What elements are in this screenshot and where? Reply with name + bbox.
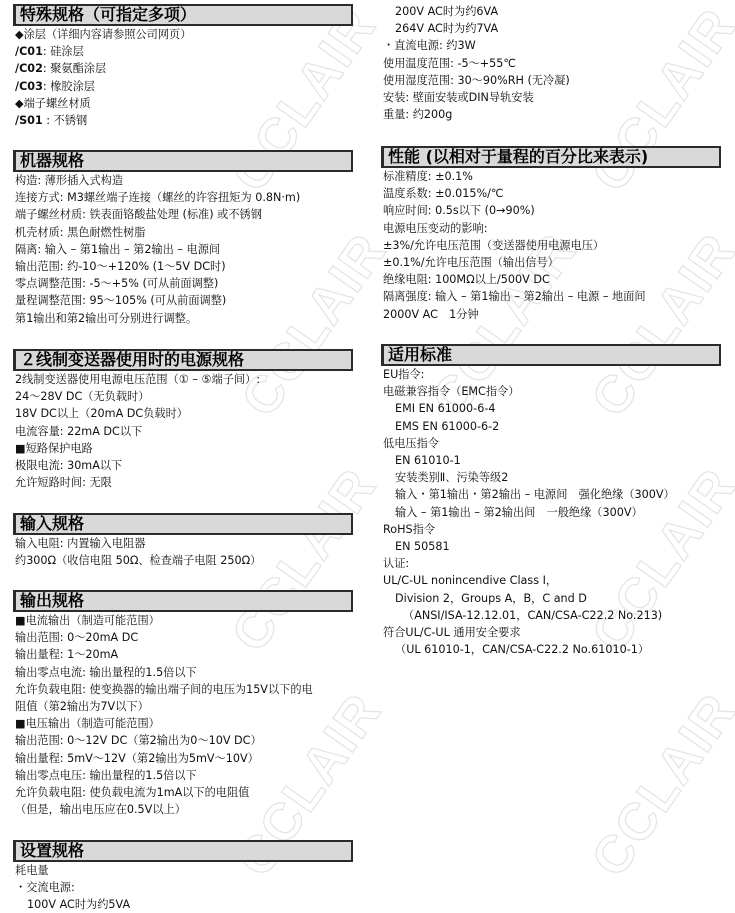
spec-line: 输入・第1输出・第2输出 – 电源间 强化绝缘（300V） bbox=[381, 486, 721, 503]
spec-line: 响应时间: 0.5s以下 (0→90%) bbox=[381, 202, 721, 219]
spec-line: 温度系数: ±0.015%/℃ bbox=[381, 185, 721, 202]
spec-line: （但是，输出电压应在0.5V以上） bbox=[13, 801, 353, 818]
spec-line: /C01: 硅涂层 bbox=[13, 43, 353, 60]
option-code: /C02 bbox=[15, 62, 43, 75]
spec-line: EU指令: bbox=[381, 366, 721, 383]
spec-line: ◆涂层（详细内容请参照公司网页） bbox=[13, 26, 353, 43]
spec-line: 允许负载电阻: 使负载电流为1mA以下的电阻值 bbox=[13, 784, 353, 801]
section-special-specs: 特殊规格（可指定多项） ◆涂层（详细内容请参照公司网页） /C01: 硅涂层 /… bbox=[13, 4, 353, 129]
spec-line: 隔离: 输入 – 第1输出 – 第2输出 – 电源间 bbox=[13, 241, 353, 258]
spec-line: 连接方式: M3螺丝端子连接（螺丝的许容扭矩为 0.8N·m) bbox=[13, 189, 353, 206]
spec-line: EMS EN 61000-6-2 bbox=[381, 418, 721, 435]
spec-line: 量程调整范围: 95～105% (可从前面调整) bbox=[13, 292, 353, 309]
spec-line: 零点调整范围: -5～+5% (可从前面调整) bbox=[13, 275, 353, 292]
option-desc: : 橡胶涂层 bbox=[43, 80, 95, 93]
spec-line: ◆端子螺丝材质 bbox=[13, 95, 353, 112]
spec-line: 18V DC以上（20mA DC负载时） bbox=[13, 405, 353, 422]
spec-line: 使用湿度范围: 30～90%RH (无冷凝) bbox=[381, 72, 721, 89]
spec-line: 输入电阻: 内置输入电阻器 bbox=[13, 535, 353, 552]
spec-line: ・交流电源: bbox=[13, 879, 353, 896]
spec-line: /S01 : 不锈钢 bbox=[13, 112, 353, 129]
spec-line: 264V AC时为约7VA bbox=[381, 20, 721, 37]
section-header: 输出规格 bbox=[13, 590, 353, 612]
section-header: 特殊规格（可指定多项） bbox=[13, 4, 353, 26]
spec-line: 绝缘电阻: 100MΩ以上/500V DC bbox=[381, 271, 721, 288]
spec-line: Division 2，Groups A，B，C and D bbox=[381, 590, 721, 607]
section-header: 性能 (以相对于量程的百分比来表示) bbox=[381, 146, 721, 168]
spec-line: （ANSI/ISA-12.12.01，CAN/CSA-C22.2 No.213) bbox=[381, 607, 721, 624]
option-code: /C03 bbox=[15, 80, 43, 93]
spec-line: 约300Ω（收信电阻 50Ω、检查端子电阻 250Ω） bbox=[13, 552, 353, 569]
spec-line: 低电压指令 bbox=[381, 435, 721, 452]
section-machine-specs: 机器规格 构造: 薄形插入式构造 连接方式: M3螺丝端子连接（螺丝的许容扭矩为… bbox=[13, 150, 353, 327]
spec-line: 100V AC时为约5VA bbox=[13, 896, 353, 913]
spec-line: EMI EN 61000-6-4 bbox=[381, 400, 721, 417]
spec-line: 允许负载电阻: 使变换器的输出端子间的电压为15V以下的电 bbox=[13, 681, 353, 698]
spec-line: 使用温度范围: -5～+55℃ bbox=[381, 55, 721, 72]
spec-line: /C03: 橡胶涂层 bbox=[13, 78, 353, 95]
spec-line: UL/C-UL nonincendive Class I， bbox=[381, 572, 721, 589]
spec-line: ±3%/允许电压范围（变送器使用电源电压） bbox=[381, 237, 721, 254]
section-header: 适用标准 bbox=[381, 344, 721, 366]
spec-line: 机壳材质: 黑色耐燃性树脂 bbox=[13, 224, 353, 241]
section-header: 设置规格 bbox=[13, 840, 353, 862]
spec-line: 隔离强度: 输入 – 第1输出 – 第2输出 – 电源 – 地面间 bbox=[381, 288, 721, 305]
spec-line: 第1输出和第2输出可分别进行调整。 bbox=[13, 310, 353, 327]
option-desc: : 不锈钢 bbox=[43, 114, 87, 127]
spec-line: 符合UL/C-UL 通用安全要求 bbox=[381, 624, 721, 641]
spec-line: 重量: 约200g bbox=[381, 106, 721, 123]
option-code: /C01 bbox=[15, 45, 43, 58]
option-desc: : 硅涂层 bbox=[43, 45, 84, 58]
section-output-specs: 输出规格 ■电流输出（制造可能范围） 输出范围: 0～20mA DC 输出量程:… bbox=[13, 590, 353, 818]
section-performance: 性能 (以相对于量程的百分比来表示) 标准精度: ±0.1% 温度系数: ±0.… bbox=[381, 146, 721, 323]
spec-line: ■电流输出（制造可能范围） bbox=[13, 612, 353, 629]
option-code: /S01 bbox=[15, 114, 43, 127]
option-desc: : 聚氨酯涂层 bbox=[43, 62, 106, 75]
spec-line: ■电压输出（制造可能范围） bbox=[13, 715, 353, 732]
spec-line: 输出范围: 约-10～+120% (1～5V DC时) bbox=[13, 258, 353, 275]
spec-line: 构造: 薄形插入式构造 bbox=[13, 172, 353, 189]
section-install-specs: 设置规格 耗电量 ・交流电源: 100V AC时为约5VA bbox=[13, 840, 353, 913]
spec-line: 电源电压变动的影响: bbox=[381, 220, 721, 237]
spec-line: 输出零点电压: 输出量程的1.5倍以下 bbox=[13, 767, 353, 784]
section-header: 机器规格 bbox=[13, 150, 353, 172]
spec-line: ・直流电源: 约3W bbox=[381, 37, 721, 54]
section-applicable-standards: 适用标准 EU指令: 电磁兼容指令（EMC指令） EMI EN 61000-6-… bbox=[381, 344, 721, 658]
spec-line: 阻值（第2输出为7V以下） bbox=[13, 698, 353, 715]
spec-line: 输出量程: 5mV～12V（第2输出为5mV～10V） bbox=[13, 750, 353, 767]
spec-line: 耗电量 bbox=[13, 862, 353, 879]
section-two-wire-power: ２线制变送器使用时的电源规格 2线制变送器使用电源电压范围（① – ⑤端子间）:… bbox=[13, 349, 353, 491]
spec-line: /C02: 聚氨酯涂层 bbox=[13, 60, 353, 77]
spec-line: 输出量程: 1～20mA bbox=[13, 646, 353, 663]
spec-line: 输出范围: 0～20mA DC bbox=[13, 629, 353, 646]
section-install-specs-continued: 200V AC时为约6VA 264V AC时为约7VA ・直流电源: 约3W 使… bbox=[381, 3, 721, 123]
spec-line: 安装类别Ⅱ、污染等级2 bbox=[381, 469, 721, 486]
spec-line: 安装: 壁面安装或DIN导轨安装 bbox=[381, 89, 721, 106]
section-header: ２线制变送器使用时的电源规格 bbox=[13, 349, 353, 371]
section-input-specs: 输入规格 输入电阻: 内置输入电阻器 约300Ω（收信电阻 50Ω、检查端子电阻… bbox=[13, 513, 353, 569]
spec-line: 输出范围: 0～12V DC（第2输出为0～10V DC） bbox=[13, 732, 353, 749]
spec-line: 认证: bbox=[381, 555, 721, 572]
spec-line: 标准精度: ±0.1% bbox=[381, 168, 721, 185]
spec-line: 允许短路时间: 无限 bbox=[13, 474, 353, 491]
spec-line: ■短路保护电路 bbox=[13, 440, 353, 457]
spec-line: 2线制变送器使用电源电压范围（① – ⑤端子间）: bbox=[13, 371, 353, 388]
spec-line: 极限电流: 30mA以下 bbox=[13, 457, 353, 474]
spec-line: 输出零点电流: 输出量程的1.5倍以下 bbox=[13, 664, 353, 681]
spec-line: （UL 61010-1，CAN/CSA-C22.2 No.61010-1） bbox=[381, 641, 721, 658]
spec-line: 200V AC时为约6VA bbox=[381, 3, 721, 20]
watermark-text: CCLAIR bbox=[580, 682, 735, 887]
spec-line: 端子螺丝材质: 铁表面铬酸盐处理 (标准) 或不锈钢 bbox=[13, 206, 353, 223]
spec-line: EN 61010-1 bbox=[381, 452, 721, 469]
spec-line: EN 50581 bbox=[381, 538, 721, 555]
spec-line: ±0.1%/允许电压范围（输出信号） bbox=[381, 254, 721, 271]
spec-line: 电磁兼容指令（EMC指令） bbox=[381, 383, 721, 400]
spec-line: 电流容量: 22mA DC以下 bbox=[13, 423, 353, 440]
spec-line: RoHS指令 bbox=[381, 521, 721, 538]
spec-line: 24～28V DC（无负载时） bbox=[13, 388, 353, 405]
section-header: 输入规格 bbox=[13, 513, 353, 535]
spec-line: 2000V AC 1分钟 bbox=[381, 306, 721, 323]
spec-line: 输入 – 第1输出 – 第2输出间 一般绝缘（300V） bbox=[381, 504, 721, 521]
